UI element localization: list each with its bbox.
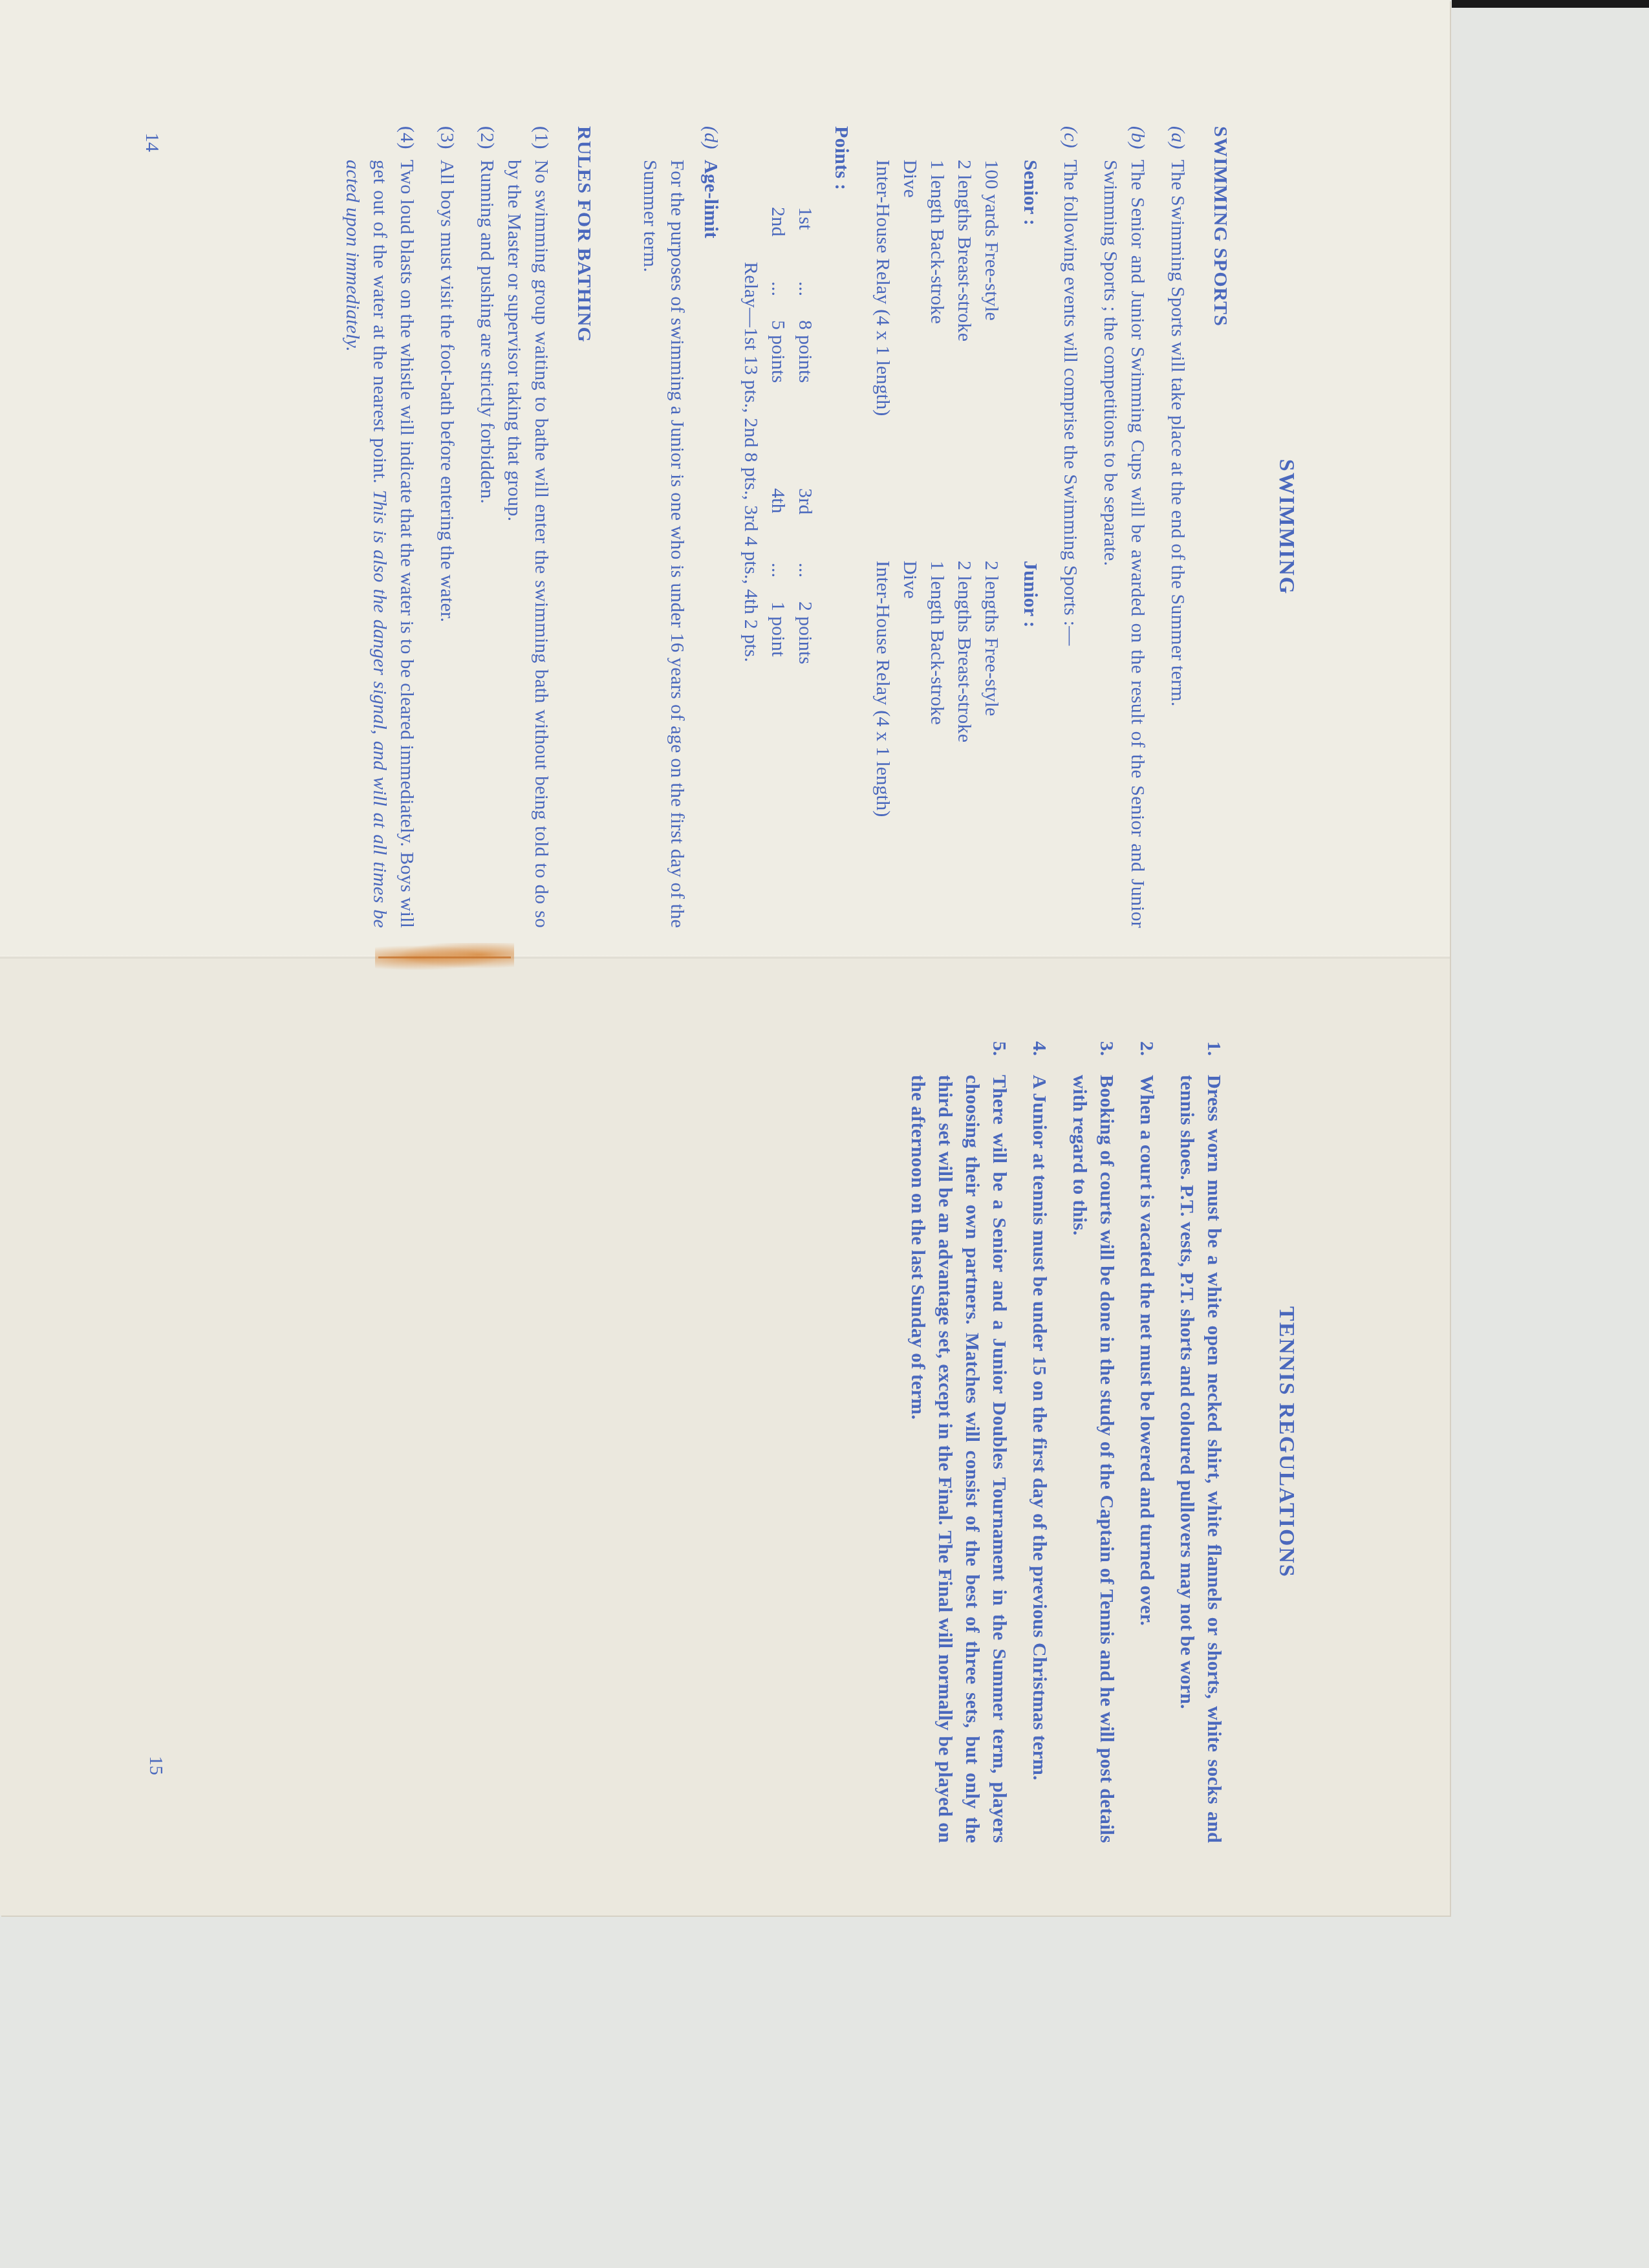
separator: ...: [764, 563, 792, 601]
item-text: The Senior and Junior Swimming Cups will…: [1097, 160, 1151, 928]
item-text: The Swimming Sports will take place at t…: [1164, 160, 1191, 928]
separator: ...: [764, 281, 792, 320]
place: 3rd: [792, 488, 819, 563]
rule-item: (c) The following events will comprise t…: [1057, 126, 1084, 928]
spine-fold: [0, 955, 1450, 958]
separator: ...: [792, 281, 819, 320]
section-heading: SWIMMING SPORTS: [1207, 126, 1234, 928]
place: 1st: [792, 207, 819, 281]
rule-number: 2.: [1133, 1041, 1160, 1075]
tennis-rule: 5. There will be a Senior and a Junior D…: [904, 1041, 1013, 1843]
event: 1 length Back-stroke: [923, 160, 951, 561]
rule-text: Booking of courts will be done in the st…: [1066, 1075, 1120, 1843]
item-text: The following events will comprise the S…: [1057, 160, 1084, 928]
event: 2 lengths Breast-stroke: [951, 561, 978, 962]
item-label: (b): [1097, 126, 1151, 160]
points-value: 8 points: [792, 320, 819, 488]
tennis-rule: 2. When a court is vacated the net must …: [1133, 1041, 1160, 1843]
event: 2 lengths Breast-stroke: [951, 160, 978, 561]
event: Dive: [896, 561, 923, 962]
points-value: 2 points: [792, 601, 819, 770]
rule-label: (3): [433, 126, 460, 160]
swimming-page: SWIMMING SWIMMING SPORTS (a) The Swimmin…: [326, 126, 1300, 928]
rule-text: There will be a Senior and a Junior Doub…: [904, 1075, 1013, 1843]
points-heading: Points :: [828, 126, 855, 928]
scanner-lid-edge: [1452, 0, 1649, 8]
item-label: (a): [1164, 126, 1191, 160]
item-label: (c): [1057, 126, 1084, 160]
event: Inter-House Relay (4 x 1 length): [869, 160, 896, 561]
points-section: Points : 1st ... 8 points 3rd ... 2 poin…: [737, 126, 855, 928]
page-number-14: 14: [141, 133, 163, 152]
age-limit-text: For the purposes of swimming a Junior is…: [636, 160, 691, 928]
separator: ...: [792, 563, 819, 601]
item-label: (d): [697, 126, 724, 160]
rule-label: (1): [501, 126, 555, 160]
rule-text: When a court is vacated the net must be …: [1133, 1075, 1160, 1843]
rule-item: (b) The Senior and Junior Swimming Cups …: [1097, 126, 1151, 928]
rule-number: 4.: [1026, 1041, 1053, 1075]
junior-events: Junior : 2 lengths Free-style 2 lengths …: [869, 561, 1044, 962]
points-table: 1st ... 8 points 3rd ... 2 points 2nd ..…: [764, 207, 819, 928]
tennis-page: TENNIS REGULATIONS 1. Dress worn must be…: [891, 1041, 1300, 1843]
age-limit-heading-row: (d) Age-limit: [697, 126, 724, 928]
rule-item: (a) The Swimming Sports will take place …: [1164, 126, 1191, 928]
place: 4th: [764, 488, 792, 563]
senior-events: Senior : 100 yards Free-style 2 lengths …: [869, 160, 1044, 561]
age-limit-heading: Age-limit: [697, 160, 724, 239]
tennis-rule: 3. Booking of courts will be done in the…: [1066, 1041, 1120, 1843]
rule-text: Running and pushing are strictly forbidd…: [473, 160, 501, 928]
page-title: TENNIS REGULATIONS: [1273, 1041, 1300, 1843]
bathing-rule: (1) No swimming group waiting to bathe w…: [501, 126, 555, 928]
bathing-rule: (2) Running and pushing are strictly for…: [473, 126, 501, 928]
points-value: 1 point: [764, 601, 792, 770]
rule-text: All boys must visit the foot-bath before…: [433, 160, 460, 928]
tennis-rule: 4. A Junior at tennis must be under 15 o…: [1026, 1041, 1053, 1843]
junior-heading: Junior :: [1017, 561, 1044, 962]
rule-text-block: Two loud blasts on the whistle will indi…: [339, 160, 420, 928]
event: 1 length Back-stroke: [923, 561, 951, 962]
event: Inter-House Relay (4 x 1 length): [869, 561, 896, 962]
rule-number: 5.: [904, 1041, 1013, 1075]
rule-text: No swimming group waiting to bathe will …: [501, 160, 555, 928]
rule-label: (2): [473, 126, 501, 160]
points-value: 5 points: [764, 320, 792, 488]
rule-number: 1.: [1173, 1041, 1227, 1075]
rule-text: A Junior at tennis must be under 15 on t…: [1026, 1075, 1053, 1843]
senior-heading: Senior :: [1017, 160, 1044, 561]
bathing-rule: (3) All boys must visit the foot-bath be…: [433, 126, 460, 928]
rule-label: (4): [339, 126, 420, 160]
rule-text: Dress worn must be a white open necked s…: [1173, 1075, 1227, 1843]
rule-number: 3.: [1066, 1041, 1120, 1075]
staple-rust: [378, 956, 511, 958]
page-title: SWIMMING: [1273, 126, 1300, 928]
relay-points: Relay—1st 13 pts., 2nd 8 pts., 3rd 4 pts…: [737, 262, 764, 928]
event: 2 lengths Free-style: [978, 561, 1005, 962]
page-number-15: 15: [145, 1756, 167, 1775]
bathing-heading: RULES FOR BATHING: [570, 126, 598, 928]
event: 100 yards Free-style: [978, 160, 1005, 561]
bathing-rule: (4) Two loud blasts on the whistle will …: [339, 126, 420, 928]
events-table: Senior : 100 yards Free-style 2 lengths …: [869, 160, 1044, 928]
tennis-rule: 1. Dress worn must be a white open necke…: [1173, 1041, 1227, 1843]
place: 2nd: [764, 207, 792, 281]
event: Dive: [896, 160, 923, 561]
